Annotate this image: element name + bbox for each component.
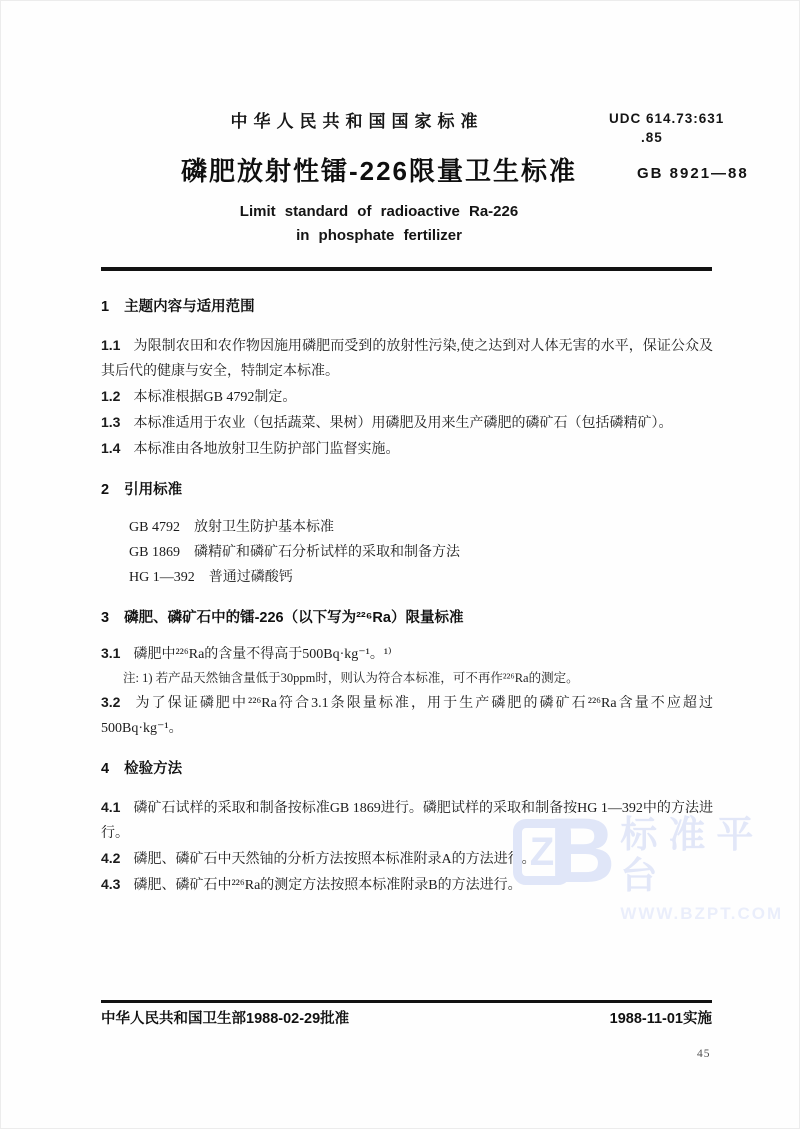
clause-number: 1.1 [101, 337, 120, 353]
section-title: 磷肥、磷矿石中的镭-226（以下写为²²⁶Ra）限量标准 [124, 610, 463, 626]
standard-document-page: 中华人民共和国国家标准 UDC 614.73:631 .85 磷肥放射性镭-22… [0, 0, 800, 1129]
section-number: 1 [101, 299, 109, 315]
watermark-site-name: 标准平台 [620, 815, 799, 896]
watermark-text-block: 标准平台 WWW.BZPT.COM [620, 813, 799, 924]
clause-number: 4.1 [101, 799, 120, 815]
national-standard-label: 中华人民共和国国家标准 [1, 107, 713, 132]
clause-text: 磷肥、磷矿石中天然铀的分析方法按照本标准附录A的方法进行。 [133, 852, 535, 867]
clause-text: 本标准根据GB 4792制定。 [133, 390, 296, 405]
section-title: 主题内容与适用范围 [124, 299, 255, 315]
clause-number: 1.4 [101, 440, 120, 456]
clause-3-1: 3.1磷肥中²²⁶Ra的含量不得高于500Bq·kg⁻¹。¹⁾ [101, 641, 713, 667]
title-english-line2: in phosphate fertilizer [1, 224, 757, 248]
clause-text: 磷肥中²²⁶Ra的含量不得高于500Bq·kg⁻¹。¹⁾ [133, 647, 391, 662]
section-number: 2 [101, 482, 109, 498]
clause-number: 1.3 [101, 414, 120, 430]
udc-line1: UDC 614.73:631 [609, 109, 724, 128]
section-title: 检验方法 [124, 761, 182, 777]
standard-number: GB 8921—88 [637, 165, 749, 182]
document-body: 1主题内容与适用范围 1.1为限制农田和农作物因施用磷肥而受到的放射性污染,使之… [101, 295, 713, 898]
clause-1-3: 1.3本标准适用于农业（包括蔬菜、果树）用磷肥及用来生产磷肥的磷矿石（包括磷精矿… [101, 410, 713, 436]
section-2-heading: 2引用标准 [101, 478, 713, 503]
approval-statement: 中华人民共和国卫生部1988-02-29批准 [101, 1007, 349, 1028]
section-3-heading: 3磷肥、磷矿石中的镭-226（以下写为²²⁶Ra）限量标准 [101, 606, 713, 631]
clause-text: 磷肥、磷矿石中²²⁶Ra的测定方法按照本标准附录B的方法进行。 [133, 878, 521, 893]
watermark-site-url: WWW.BZPT.COM [620, 904, 799, 924]
clause-number: 1.2 [101, 388, 120, 404]
bzpt-watermark: Z B 标准平台 WWW.BZPT.COM [513, 813, 799, 924]
page-number: 45 [697, 1048, 711, 1060]
bzpt-logo-icon: Z B [513, 813, 602, 897]
clause-number: 4.2 [101, 850, 120, 866]
referenced-standard: GB 4792 放射卫生防护基本标准 [129, 515, 713, 540]
implementation-date: 1988-11-01实施 [610, 1007, 712, 1028]
clause-number: 3.1 [101, 645, 120, 661]
referenced-standards-list: GB 4792 放射卫生防护基本标准 GB 1869 磷精矿和磷矿石分析试样的采… [129, 515, 713, 590]
clause-text: 本标准适用于农业（包括蔬菜、果树）用磷肥及用来生产磷肥的磷矿石（包括磷精矿）。 [133, 416, 672, 431]
clause-number: 3.2 [101, 694, 120, 710]
clause-number: 4.3 [101, 876, 120, 892]
section-1-heading: 1主题内容与适用范围 [101, 295, 713, 320]
clause-3-2: 3.2为了保证磷肥中²²⁶Ra符合3.1条限量标准，用于生产磷肥的磷矿石²²⁶R… [101, 690, 713, 741]
clause-text: 本标准由各地放射卫生防护部门监督实施。 [133, 442, 399, 457]
clause-text: 为了保证磷肥中²²⁶Ra符合3.1条限量标准，用于生产磷肥的磷矿石²²⁶Ra含量… [101, 696, 713, 736]
footer-row: 中华人民共和国卫生部1988-02-29批准 1988-11-01实施 [101, 1007, 712, 1028]
header-divider-rule [101, 267, 712, 271]
clause-3-1-footnote: 注: 1) 若产品天然铀含量低于30ppm时，则认为符合本标准，可不再作²²⁶R… [123, 667, 713, 690]
section-number: 3 [101, 610, 109, 626]
title-english-line1: Limit standard of radioactive Ra-226 [1, 200, 757, 224]
udc-line2: .85 [609, 128, 724, 147]
logo-letter-b: B [549, 805, 615, 897]
clause-1-1: 1.1为限制农田和农作物因施用磷肥而受到的放射性污染,使之达到对人体无害的水平，… [101, 333, 713, 384]
footer-divider-rule [101, 1000, 712, 1003]
clause-text: 为限制农田和农作物因施用磷肥而受到的放射性污染,使之达到对人体无害的水平，保证公… [101, 339, 713, 379]
udc-classification: UDC 614.73:631 .85 [609, 109, 724, 147]
clause-1-4: 1.4本标准由各地放射卫生防护部门监督实施。 [101, 436, 713, 462]
section-4-heading: 4检验方法 [101, 757, 713, 782]
section-title: 引用标准 [124, 482, 182, 498]
section-number: 4 [101, 761, 109, 777]
referenced-standard: GB 1869 磷精矿和磷矿石分析试样的采取和制备方法 [129, 540, 713, 565]
document-title-english: Limit standard of radioactive Ra-226 in … [1, 200, 757, 248]
clause-1-2: 1.2本标准根据GB 4792制定。 [101, 384, 713, 410]
referenced-standard: HG 1—392 普通过磷酸钙 [129, 565, 713, 590]
